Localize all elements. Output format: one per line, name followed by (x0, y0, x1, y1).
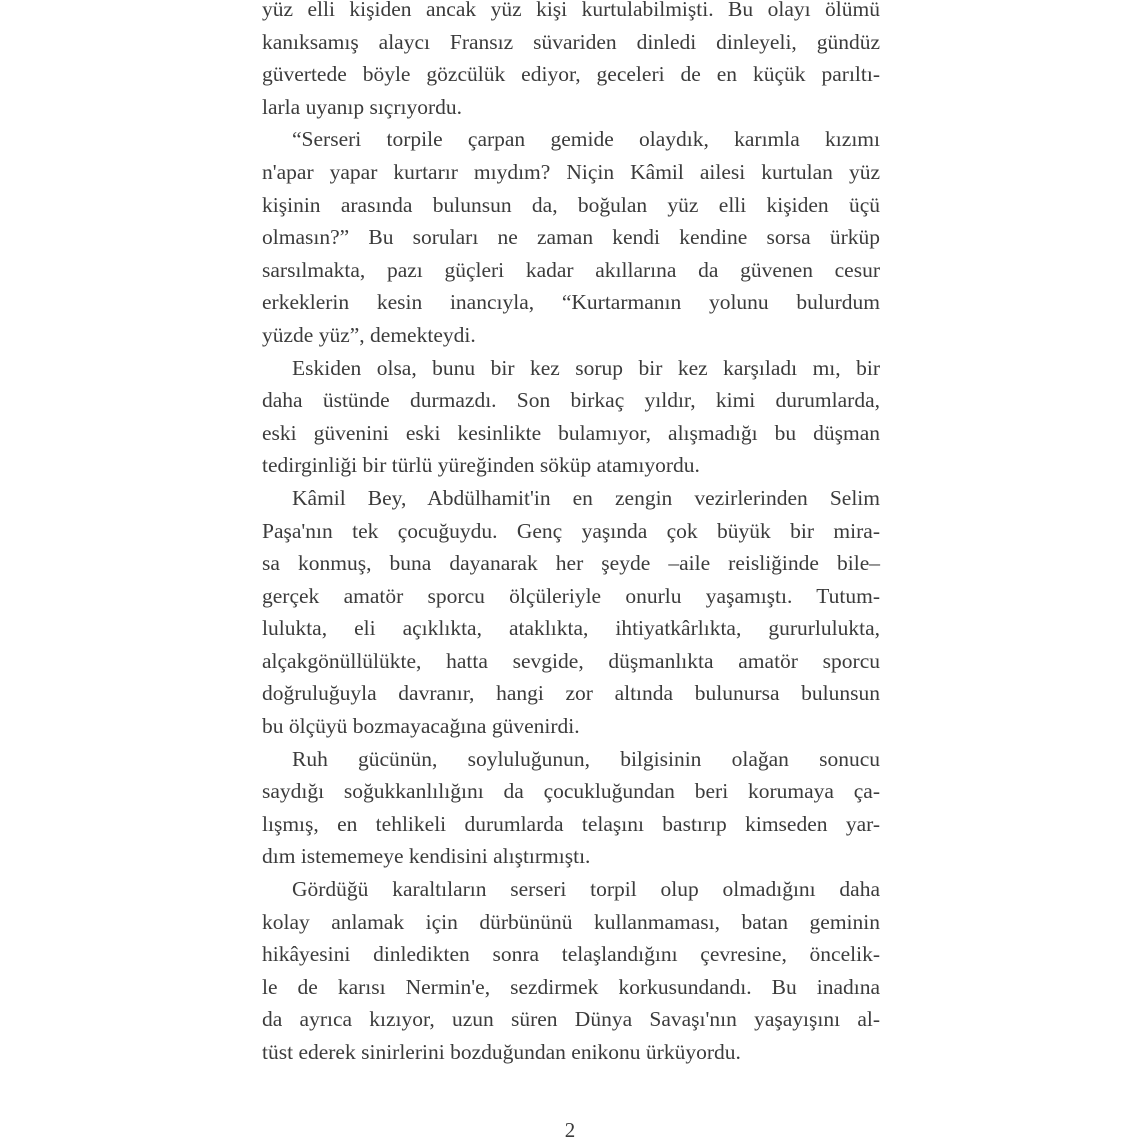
text-line: saydığı soğukkanlılığını da çocukluğunda… (262, 775, 880, 808)
text-line: kolay anlamak için dürbününü kullanmamas… (262, 906, 880, 939)
text-line: da ayrıca kızıyor, uzun süren Dünya Sava… (262, 1003, 880, 1036)
text-line: hikâyesini dinledikten sonra telaşlandığ… (262, 938, 880, 971)
text-line: kişinin arasında bulunsun da, boğulan yü… (262, 189, 880, 222)
paragraph: Ruh gücünün, soyluluğunun, bilgisinin ol… (262, 743, 880, 873)
page-number: 2 (0, 1118, 1140, 1140)
text-line: yüz elli kişiden ancak yüz kişi kurtulab… (262, 0, 880, 26)
text-line: larla uyanıp sıçrıyordu. (262, 91, 880, 124)
text-line: Gördüğü karaltıların serseri torpil olup… (262, 873, 880, 906)
text-line: doğruluğuyla davranır, hangi zor altında… (262, 677, 880, 710)
text-line: eski güvenini eski kesinlikte bulamıyor,… (262, 417, 880, 450)
text-line: n'apar yapar kurtarır mıydım? Niçin Kâmi… (262, 156, 880, 189)
text-line: güvertede böyle gözcülük ediyor, geceler… (262, 58, 880, 91)
text-line: yüzde yüz”, demekteydi. (262, 319, 880, 352)
text-line: gerçek amatör sporcu ölçüleriyle onurlu … (262, 580, 880, 613)
paragraph: Gördüğü karaltıların serseri torpil olup… (262, 873, 880, 1069)
text-line: sa konmuş, buna dayanarak her şeyde –ail… (262, 547, 880, 580)
text-line: tüst ederek sinirlerini bozduğundan enik… (262, 1036, 880, 1069)
text-line: Kâmil Bey, Abdülhamit'in en zengin vezir… (262, 482, 880, 515)
text-line: lışmış, en tehlikeli durumlarda telaşını… (262, 808, 880, 841)
text-line: kanıksamış alaycı Fransız süvariden dinl… (262, 26, 880, 59)
text-line: olmasın?” Bu soruları ne zaman kendi ken… (262, 221, 880, 254)
text-line: tedirginliği bir türlü yüreğinden söküp … (262, 449, 880, 482)
text-line: “Serseri torpile çarpan gemide olaydık, … (262, 123, 880, 156)
paragraph: Kâmil Bey, Abdülhamit'in en zengin vezir… (262, 482, 880, 743)
paragraph: “Serseri torpile çarpan gemide olaydık, … (262, 123, 880, 351)
text-line: alçakgönüllülükte, hatta sevgide, düşman… (262, 645, 880, 678)
book-page-body: yüz elli kişiden ancak yüz kişi kurtulab… (262, 0, 880, 1069)
paragraph: yüz elli kişiden ancak yüz kişi kurtulab… (262, 0, 880, 123)
text-line: sarsılmakta, pazı güçleri kadar akılları… (262, 254, 880, 287)
text-line: daha üstünde durmazdı. Son birkaç yıldır… (262, 384, 880, 417)
text-line: Ruh gücünün, soyluluğunun, bilgisinin ol… (262, 743, 880, 776)
text-line: dım istememeye kendisini alıştırmıştı. (262, 840, 880, 873)
text-line: erkeklerin kesin inancıyla, “Kurtarmanın… (262, 286, 880, 319)
text-line: bu ölçüyü bozmayacağına güvenirdi. (262, 710, 880, 743)
paragraph: Eskiden olsa, bunu bir kez sorup bir kez… (262, 352, 880, 482)
text-line: lulukta, eli açıklıkta, ataklıkta, ihtiy… (262, 612, 880, 645)
text-line: le de karısı Nermin'e, sezdirmek korkusu… (262, 971, 880, 1004)
text-line: Eskiden olsa, bunu bir kez sorup bir kez… (262, 352, 880, 385)
text-line: Paşa'nın tek çocuğuydu. Genç yaşında çok… (262, 515, 880, 548)
